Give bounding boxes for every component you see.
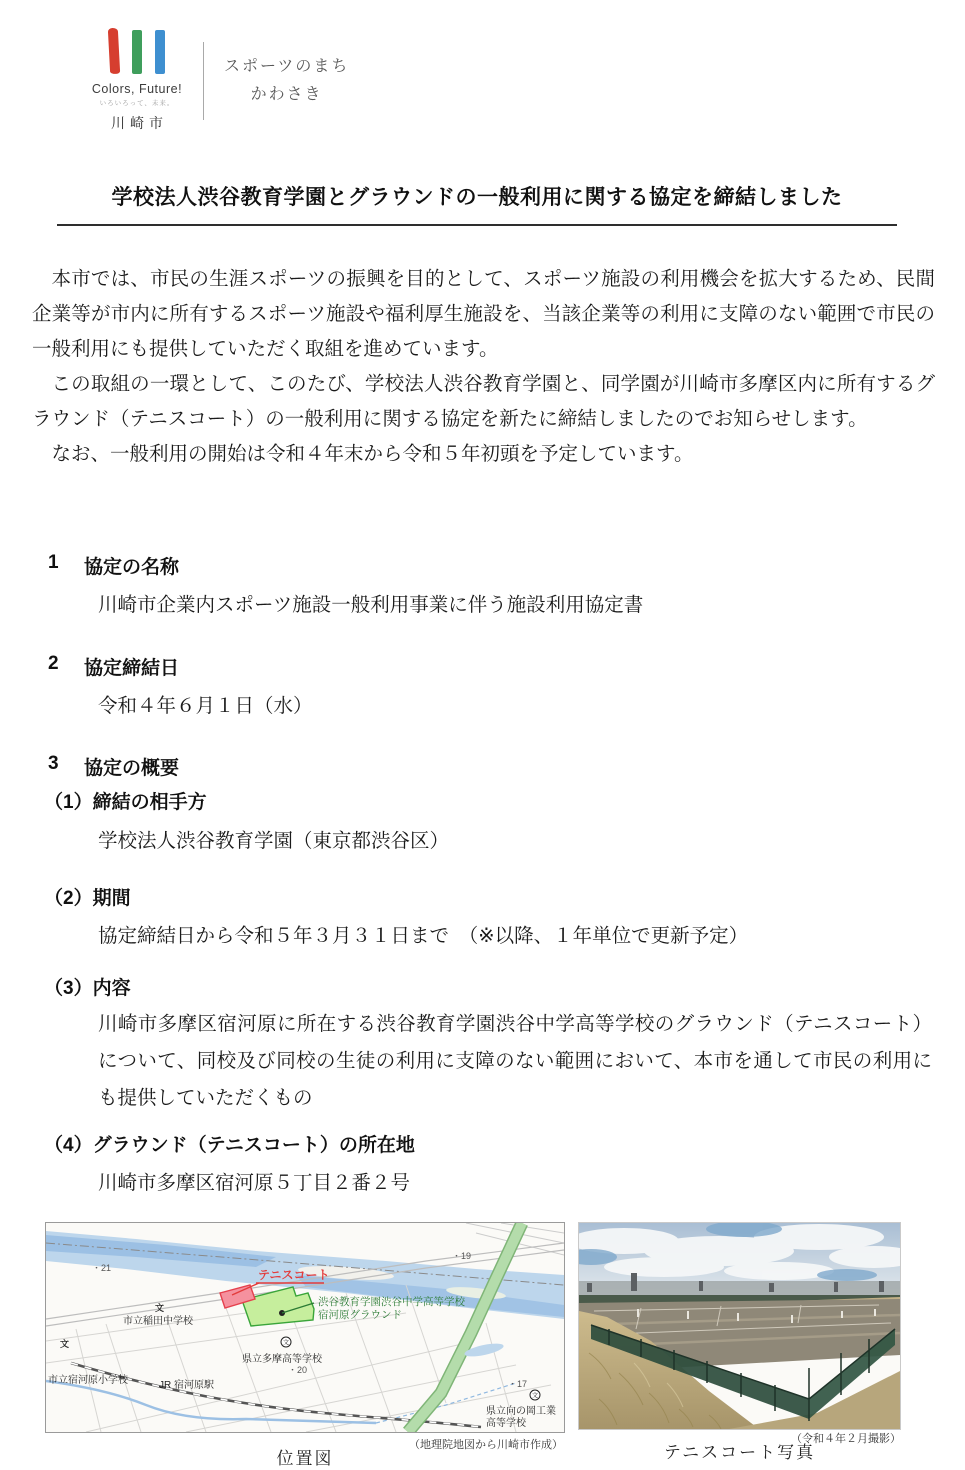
map-label-shukugawara-es: 市立宿河原小学校	[48, 1373, 129, 1386]
subsection-4-label: （4）	[44, 1135, 93, 1156]
document-title: 学校法人渋谷教育学園とグラウンドの一般利用に関する協定を締結しました	[57, 181, 897, 211]
city-slogan-line2: かわさき	[224, 81, 349, 109]
high-school-symbol: 文	[283, 1339, 289, 1347]
header-divider	[203, 42, 204, 120]
logo-bar-blue	[155, 30, 165, 74]
map-label-ground-line1: 渋谷教育学園渋谷中学高等学校	[318, 1295, 465, 1308]
map-label-inada-jhs: 市立稲田中学校	[123, 1314, 194, 1327]
subsection-2-label: （2）	[44, 888, 93, 909]
map-label-tama-hs: 県立多摩高等学校	[242, 1352, 323, 1365]
subsection-1-label: （1）	[44, 792, 93, 813]
subsection-3-label: （3）	[44, 978, 93, 999]
kawasaki-logo: Colors, Future! いろいろって、未来。 川崎市	[85, 28, 189, 133]
section-3-title: 協定の概要	[84, 753, 179, 780]
photo-caption: テニスコート写真	[578, 1438, 901, 1463]
logo-bar-red	[108, 28, 120, 74]
school-symbol: 文	[155, 1302, 164, 1313]
map-label-mukainooka-line1: 県立向の岡工業	[486, 1404, 556, 1417]
city-slogan-line1: スポーツのまち	[224, 53, 349, 81]
logo-brand-text: Colors, Future!	[85, 82, 189, 96]
section-1-heading: 1 協定の名称	[48, 552, 179, 579]
tennis-court-photo	[578, 1222, 901, 1430]
intro-paragraphs: 本市では、市民の生涯スポーツの振興を目的として、スポーツ施設の利用機会を拡大する…	[32, 262, 935, 472]
map-elevation-20: ・20	[288, 1365, 307, 1375]
logo-city-name: 川崎市	[85, 113, 189, 133]
subsection-1-title: 締結の相手方	[93, 792, 207, 813]
map-label-ground-line2: 宿河原グラウンド	[318, 1308, 402, 1321]
map-label-mukainooka-line2: 高等学校	[486, 1416, 527, 1429]
logo-bars-icon	[85, 28, 189, 74]
subsection-4-title: グラウンド（テニスコート）の所在地	[93, 1135, 415, 1156]
section-2-body: 令和４年６月１日（水）	[98, 688, 932, 725]
section-1-number: 1	[48, 552, 84, 579]
city-slogan: スポーツのまち かわさき	[224, 53, 349, 109]
map-elevation-17: ・17	[508, 1379, 527, 1389]
location-map-figure: テニスコート 渋谷教育学園渋谷中学高等学校 宿河原グラウンド 文 市立稲田中学校…	[45, 1222, 565, 1433]
section-3-number: 3	[48, 753, 84, 780]
section-1-title: 協定の名称	[84, 552, 179, 579]
map-elevation-19: ・19	[452, 1251, 471, 1261]
intro-paragraph-3: なお、一般利用の開始は令和４年末から令和５年初頭を予定しています。	[32, 437, 935, 472]
subsection-3-body: 川崎市多摩区宿河原に所在する渋谷教育学園渋谷中学高等学校のグラウンド（テニスコー…	[98, 1006, 932, 1117]
subsection-3-title: 内容	[93, 978, 131, 999]
subsection-2-heading: （2）期間	[44, 883, 131, 910]
section-2-heading: 2 協定締結日	[48, 653, 179, 680]
subsection-4-body: 川崎市多摩区宿河原５丁目２番２号	[98, 1165, 932, 1202]
subsection-4-heading: （4）グラウンド（テニスコート）の所在地	[44, 1130, 415, 1157]
section-2-number: 2	[48, 653, 84, 680]
logo-tagline: いろいろって、未来。	[85, 98, 189, 107]
logo-bar-green	[132, 30, 142, 74]
subsection-1-body: 学校法人渋谷教育学園（東京都渋谷区）	[98, 823, 932, 860]
subsection-1-heading: （1）締結の相手方	[44, 787, 207, 814]
intro-paragraph-1: 本市では、市民の生涯スポーツの振興を目的として、スポーツ施設の利用機会を拡大する…	[32, 262, 935, 367]
document-title-block: 学校法人渋谷教育学園とグラウンドの一般利用に関する協定を締結しました	[57, 181, 897, 226]
header: Colors, Future! いろいろって、未来。 川崎市 スポーツのまち か…	[85, 28, 349, 133]
map-label-station: JR 宿河原駅	[159, 1379, 214, 1391]
map-elevation-21: ・21	[92, 1263, 111, 1273]
subsection-2-body: 協定締結日から令和５年３月３１日まで （※以降、１年単位で更新予定）	[98, 918, 932, 955]
location-map: テニスコート 渋谷教育学園渋谷中学高等学校 宿河原グラウンド 文 市立稲田中学校…	[45, 1222, 565, 1433]
section-2-title: 協定締結日	[84, 653, 179, 680]
tennis-court-photo-figure: （令和４年２月撮影） テニスコート写真	[578, 1222, 901, 1430]
map-caption: 位置図	[45, 1444, 565, 1469]
section-3-heading: 3 協定の概要	[48, 753, 179, 780]
high-school-symbol-2: 文	[532, 1392, 538, 1400]
school-symbol-2: 文	[60, 1338, 69, 1349]
subsection-2-title: 期間	[93, 888, 131, 909]
map-label-tennis-court: テニスコート	[258, 1268, 330, 1282]
location-map-svg: テニスコート 渋谷教育学園渋谷中学高等学校 宿河原グラウンド 文 市立稲田中学校…	[46, 1223, 564, 1432]
subsection-3-heading: （3）内容	[44, 973, 131, 1000]
tennis-court-photo-svg	[579, 1223, 900, 1429]
section-1-body: 川崎市企業内スポーツ施設一般利用事業に伴う施設利用協定書	[98, 587, 932, 624]
intro-paragraph-2: この取組の一環として、このたび、学校法人渋谷教育学園と、同学園が川崎市多摩区内に…	[32, 367, 935, 437]
